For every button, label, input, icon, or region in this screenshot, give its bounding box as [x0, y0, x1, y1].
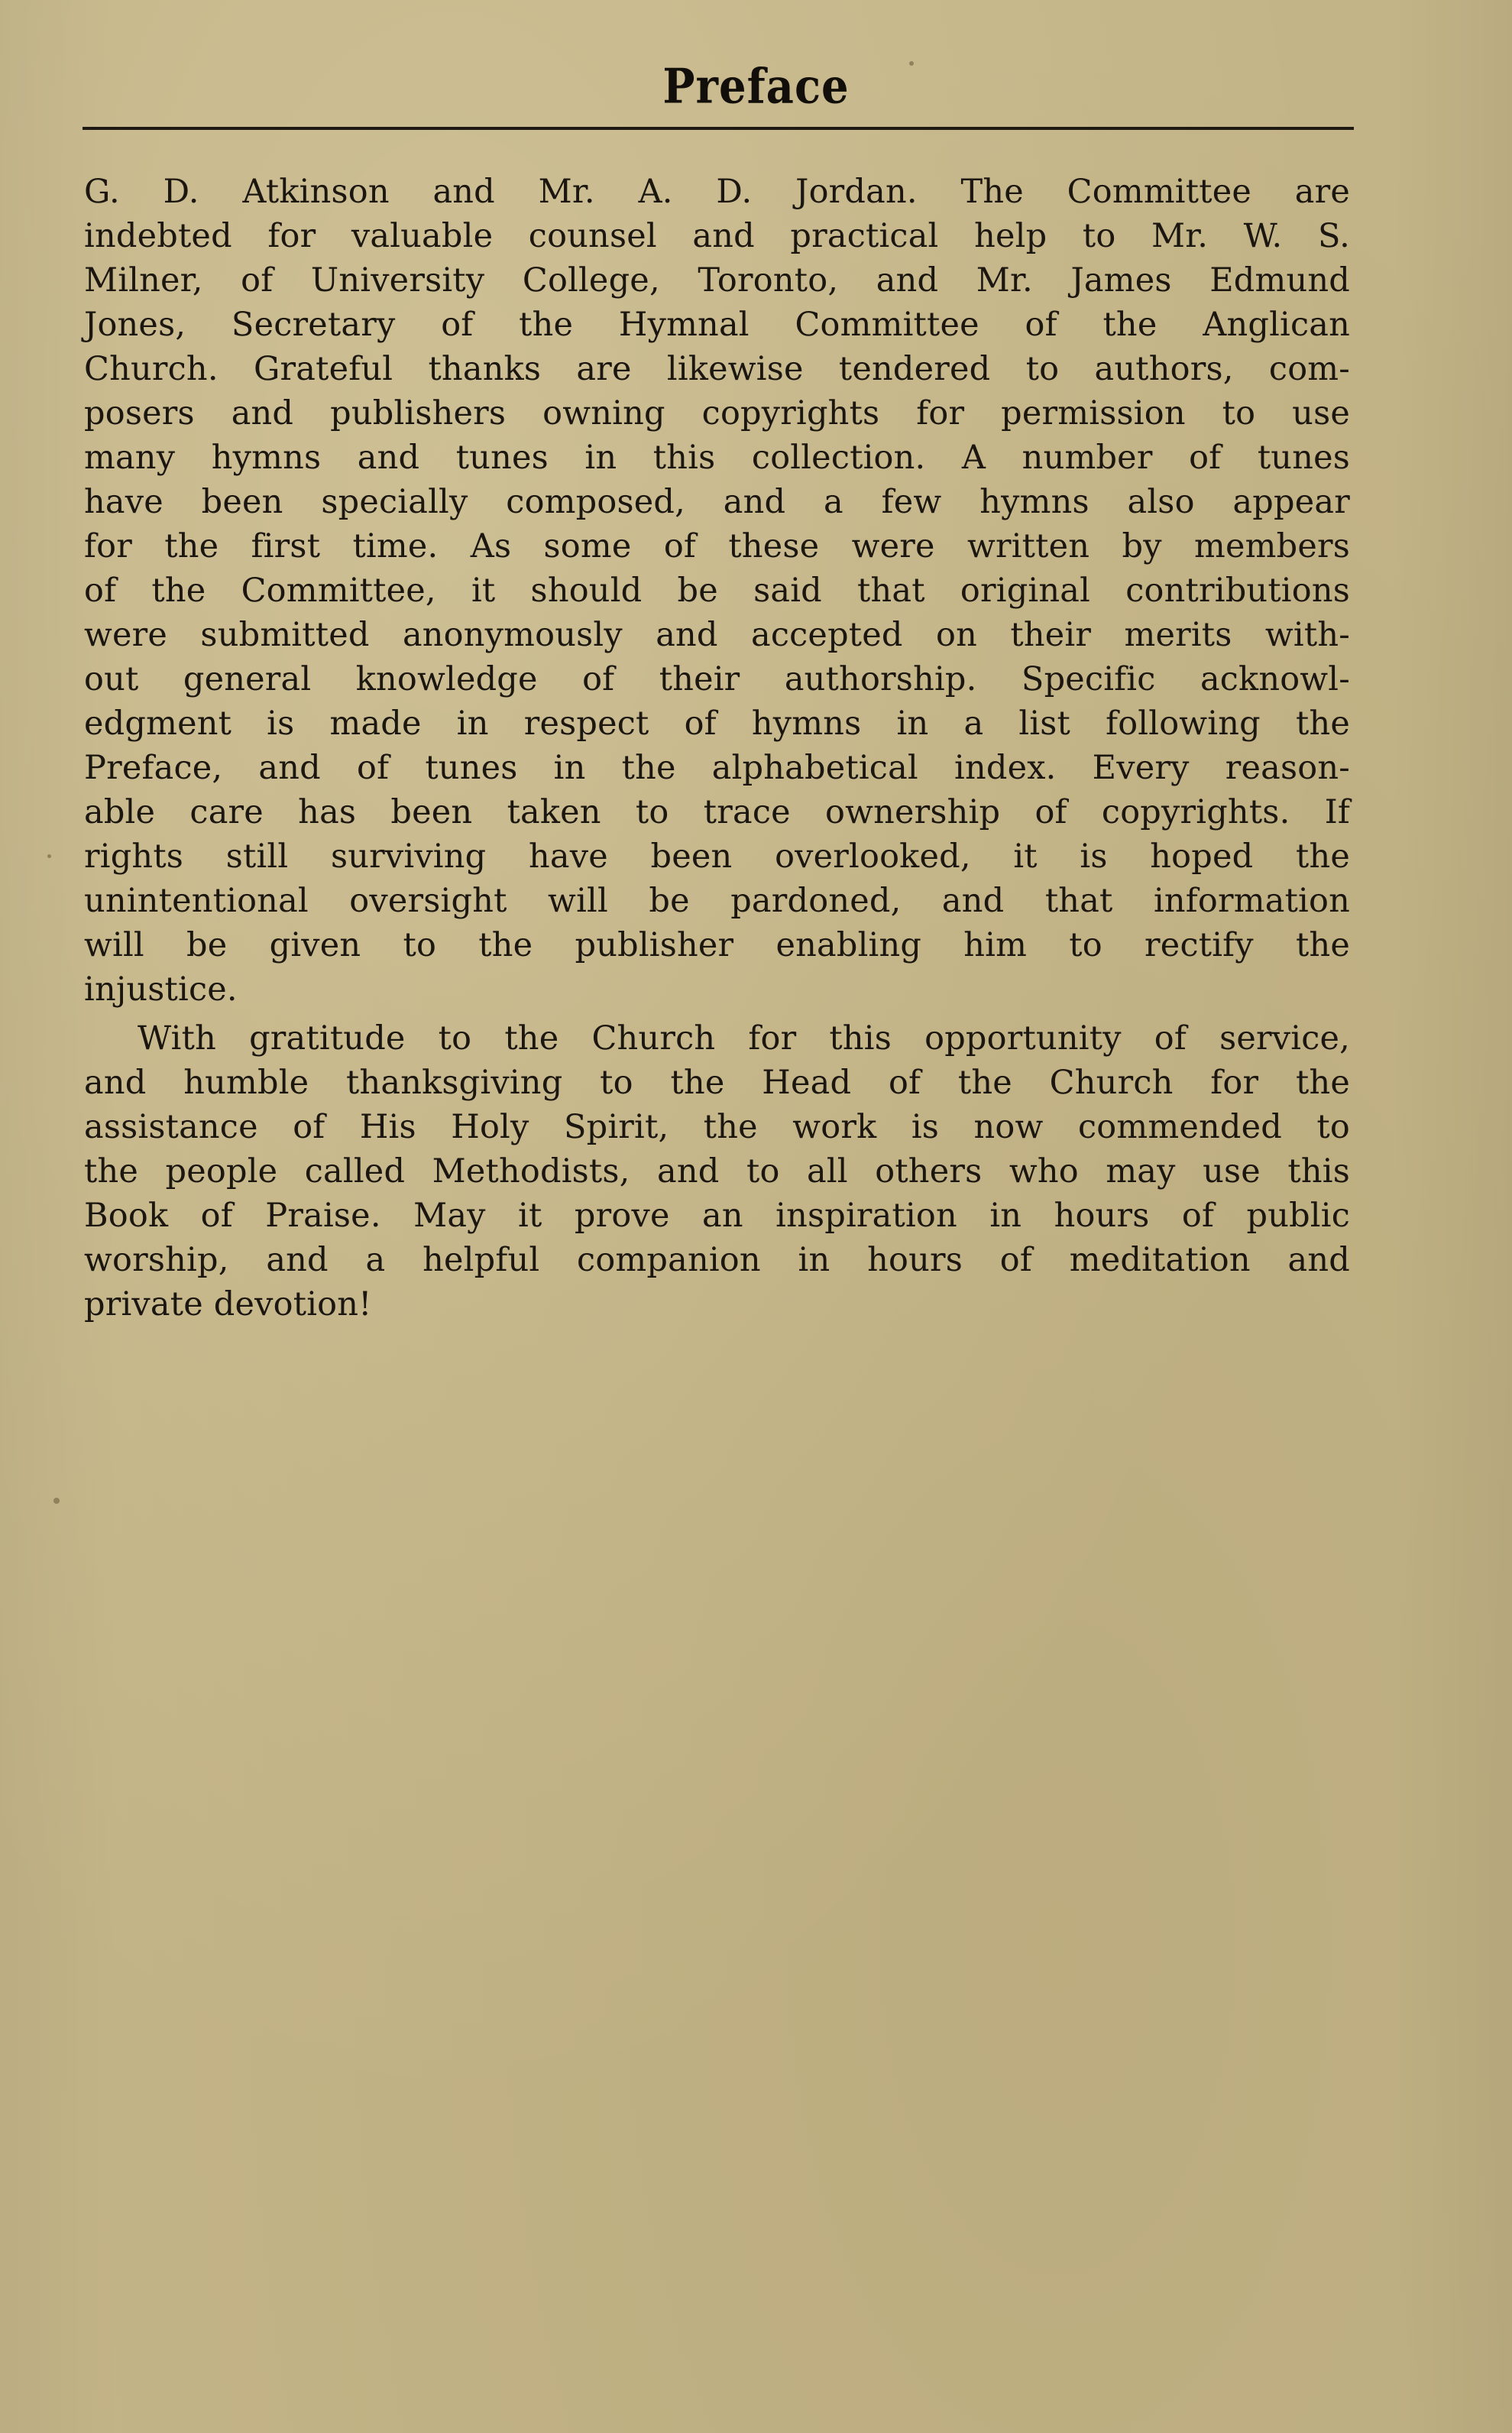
text-line: Book of Praise. May it prove an inspirat…	[84, 1194, 1350, 1238]
text-line: unintentional oversight will be pardoned…	[84, 879, 1350, 923]
running-head-title: Preface	[0, 57, 1512, 116]
text-line: and humble thanksgiving to the Head of t…	[84, 1061, 1350, 1105]
paper-speck	[909, 61, 914, 66]
text-line: Jones, Secretary of the Hymnal Committee…	[84, 303, 1350, 347]
paragraph-dedication: With gratitude to the Church for this op…	[84, 1016, 1350, 1327]
text-line: Milner, of University College, Toronto, …	[84, 258, 1350, 303]
text-line: Preface, and of tunes in the alphabetica…	[84, 746, 1350, 790]
text-line: will be given to the publisher enabling …	[84, 923, 1350, 967]
text-line: for the first time. As some of these wer…	[84, 524, 1350, 569]
text-line: assistance of His Holy Spirit, the work …	[84, 1105, 1350, 1149]
book-page: Preface G. D. Atkinson and Mr. A. D. Jor…	[0, 0, 1512, 2433]
text-line: rights still surviving have been overloo…	[84, 834, 1350, 879]
paragraph-acknowledgments: G. D. Atkinson and Mr. A. D. Jordan. The…	[84, 170, 1350, 1012]
text-line: were submitted anonymously and accepted …	[84, 613, 1350, 657]
text-line: injustice.	[84, 967, 1350, 1012]
text-line: able care has been taken to trace owners…	[84, 790, 1350, 834]
text-line: edgment is made in respect of hymns in a…	[84, 701, 1350, 746]
text-line: posers and publishers owning copyrights …	[84, 391, 1350, 436]
text-line: many hymns and tunes in this collection.…	[84, 436, 1350, 480]
paper-speck	[47, 854, 51, 858]
text-line: have been specially composed, and a few …	[84, 480, 1350, 524]
text-line: Church. Grateful thanks are likewise ten…	[84, 347, 1350, 391]
text-line: of the Committee, it should be said that…	[84, 569, 1350, 613]
text-line: G. D. Atkinson and Mr. A. D. Jordan. The…	[84, 170, 1350, 214]
preface-body: G. D. Atkinson and Mr. A. D. Jordan. The…	[84, 170, 1350, 1327]
text-line: the people called Methodists, and to all…	[84, 1149, 1350, 1194]
text-line: private devotion!	[84, 1282, 1350, 1327]
text-line: indebted for valuable counsel and practi…	[84, 214, 1350, 258]
text-line: With gratitude to the Church for this op…	[84, 1016, 1350, 1061]
paper-speck	[53, 1498, 60, 1504]
text-line: out general knowledge of their authorshi…	[84, 657, 1350, 701]
text-line: worship, and a helpful companion in hour…	[84, 1238, 1350, 1282]
header-rule-divider	[83, 127, 1354, 130]
